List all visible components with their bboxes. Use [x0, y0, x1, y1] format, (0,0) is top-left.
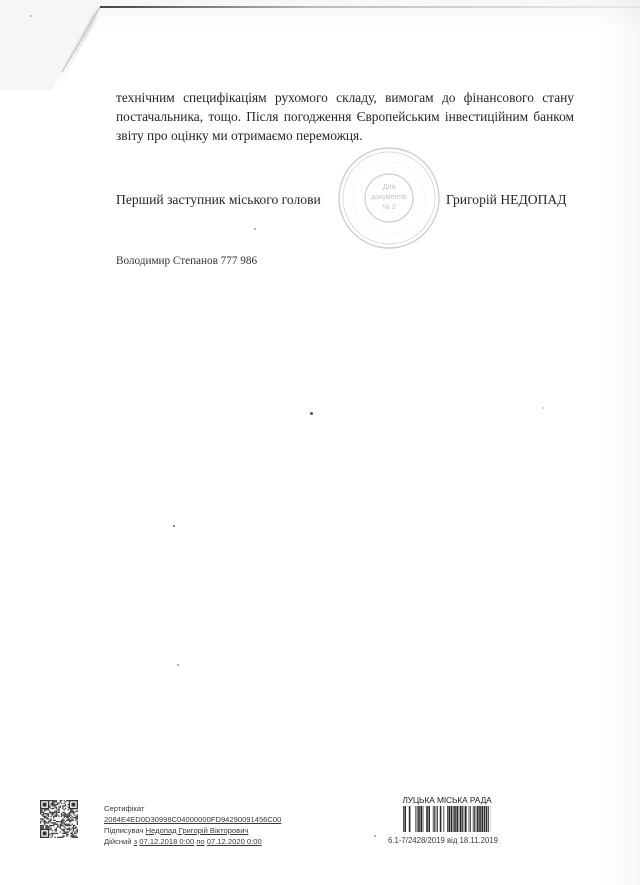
page-top-edge [100, 6, 640, 8]
certificate-serial: 2084E4ED0D30998C04000000FD94290091456C00 [104, 814, 281, 825]
signatory-name: Григорій НЕДОПАД [446, 192, 566, 208]
scan-speck [542, 407, 544, 409]
valid-to-prefix: по [196, 837, 204, 846]
valid-to: 07.12.2020 0:00 [207, 837, 262, 846]
paragraph-line: постачальника, тощо. Після погодження Єв… [116, 107, 574, 126]
signatory-role: Перший заступник міського голови [116, 192, 321, 208]
certificate-title: Сертифікат [104, 803, 281, 814]
scan-speck [310, 412, 313, 415]
scan-speck [374, 835, 376, 837]
valid-label: Дійсний [104, 837, 132, 846]
certificate-signer: Підписувач Недопад Григорій Вікторович [104, 825, 281, 836]
scan-speck [30, 15, 32, 17]
page-fold-edge [0, 0, 110, 90]
signer-label: Підписувач [104, 826, 144, 835]
valid-from-prefix: з [134, 837, 137, 846]
scan-speck [173, 525, 175, 527]
scan-speck [254, 228, 256, 230]
registration-number: 6.1-7/2428/2019 від 18.11.2019 [388, 836, 498, 845]
paragraph-line: звіту про оцінку ми отримаємо переможця. [116, 126, 574, 145]
signer-name: Недопад Григорій Вікторович [146, 826, 249, 835]
valid-from: 07.12.2018 0:00 [139, 837, 194, 846]
scan-speck [177, 664, 179, 666]
qr-code-icon [40, 800, 78, 838]
stamp-text: Для [337, 184, 441, 191]
stamp-text: документів [337, 194, 441, 201]
registration-organization: ЛУЦЬКА МІСЬКА РАДА [392, 795, 502, 805]
certificate-validity: Дійсний з 07.12.2018 0:00 по 07.12.2020 … [104, 836, 281, 847]
certificate-block: Сертифікат 2084E4ED0D30998C04000000FD942… [104, 803, 281, 847]
registration-block: ЛУЦЬКА МІСЬКА РАДА [392, 795, 502, 832]
paragraph-line: технічним специфікаціям рухомого складу,… [116, 88, 574, 107]
body-paragraph: технічним специфікаціям рухомого складу,… [116, 88, 574, 145]
barcode-icon [403, 806, 491, 832]
executor-contact: Володимир Степанов 777 986 [116, 255, 257, 267]
stamp-text: № 2 [337, 204, 441, 211]
official-stamp: Для документів № 2 [337, 146, 441, 250]
